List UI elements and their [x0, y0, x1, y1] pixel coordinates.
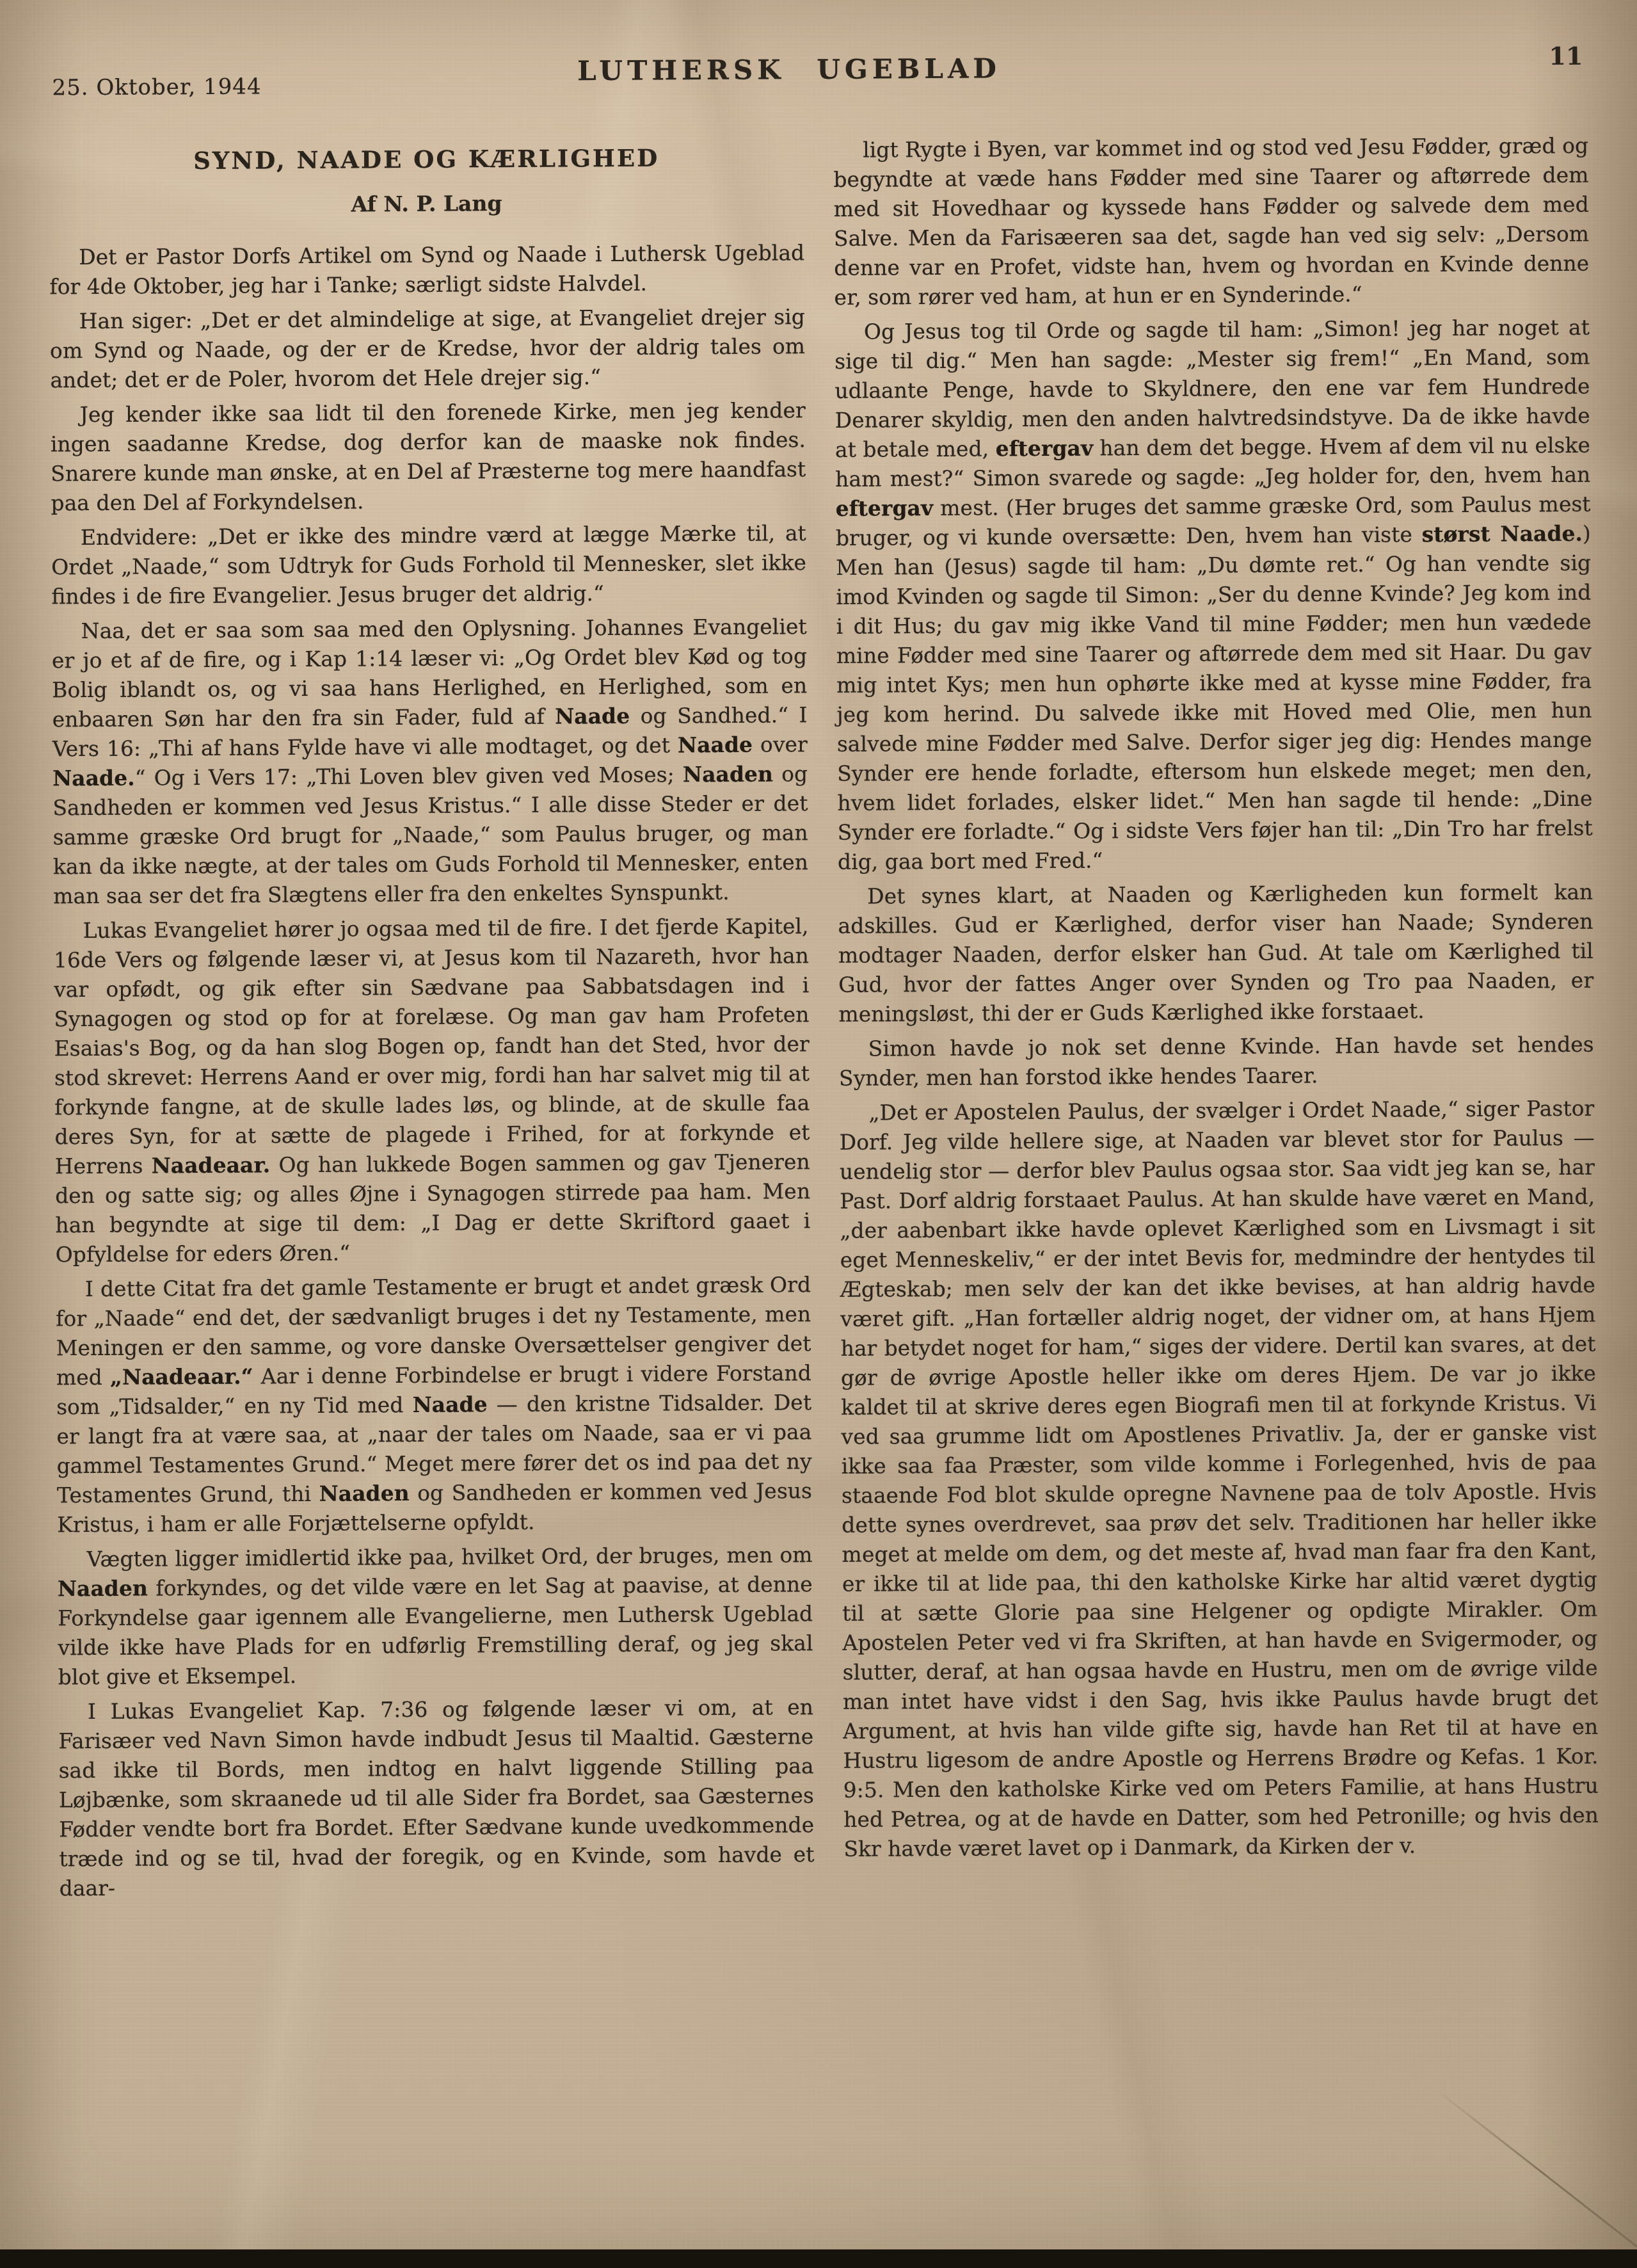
article-head: SYND, NAADE OG KÆRLIGHED Af N. P. Lang: [49, 142, 804, 221]
paper-sheet: 25. Oktober, 1944 LUTHERSK UGEBLAD 11 SY…: [0, 0, 1637, 2249]
paragraph: Lukas Evangeliet hører jo ogsaa med til …: [53, 912, 810, 1269]
scanned-newspaper-page: { "page": { "date": "25. Oktober, 1944",…: [0, 0, 1637, 2268]
issue-date: 25. Oktober, 1944: [52, 74, 261, 101]
paragraph: Endvidere: „Det er ikke des mindre værd …: [51, 519, 807, 611]
page-number: 11: [1549, 42, 1583, 70]
byline: Af N. P. Lang: [49, 187, 804, 221]
paragraph: I dette Citat fra det gamle Testamente e…: [56, 1270, 813, 1540]
paragraph: Jeg kender ikke saa lidt til den forened…: [51, 396, 806, 518]
corner-crease: [1435, 2088, 1637, 2255]
article-title: SYND, NAADE OG KÆRLIGHED: [49, 142, 804, 176]
paragraph: Og Jesus tog til Orde og sagde til ham: …: [834, 313, 1593, 877]
paragraph: Det synes klart, at Naaden og Kærlighede…: [838, 878, 1593, 1029]
article-columns: SYND, NAADE OG KÆRLIGHED Af N. P. Lang D…: [49, 131, 1601, 1909]
paragraph: „Det er Apostelen Paulus, der svælger i …: [839, 1094, 1599, 1864]
masthead: LUTHERSK UGEBLAD: [577, 52, 1001, 86]
paragraph: Det er Pastor Dorfs Artikel om Synd og N…: [49, 238, 805, 302]
page-content: 25. Oktober, 1944 LUTHERSK UGEBLAD 11 SY…: [48, 38, 1601, 1909]
paragraph: Naa, det er saa som saa med den Oplysnin…: [52, 612, 809, 911]
paragraph: Simon havde jo nok set denne Kvinde. Han…: [839, 1030, 1595, 1093]
paragraph: Vægten ligger imidlertid ikke paa, hvilk…: [57, 1540, 813, 1692]
paragraph: I Lukas Evangeliet Kap. 7:36 og følgende…: [58, 1693, 815, 1903]
column-left: SYND, NAADE OG KÆRLIGHED Af N. P. Lang D…: [49, 136, 815, 1908]
page-header: 25. Oktober, 1944 LUTHERSK UGEBLAD 11: [48, 38, 1590, 124]
paragraph: ligt Rygte i Byen, var kommet ind og sto…: [833, 131, 1590, 312]
column-right: ligt Rygte i Byen, var kommet ind og sto…: [833, 131, 1599, 1904]
paragraph: Han siger: „Det er det almindelige at si…: [50, 302, 806, 395]
